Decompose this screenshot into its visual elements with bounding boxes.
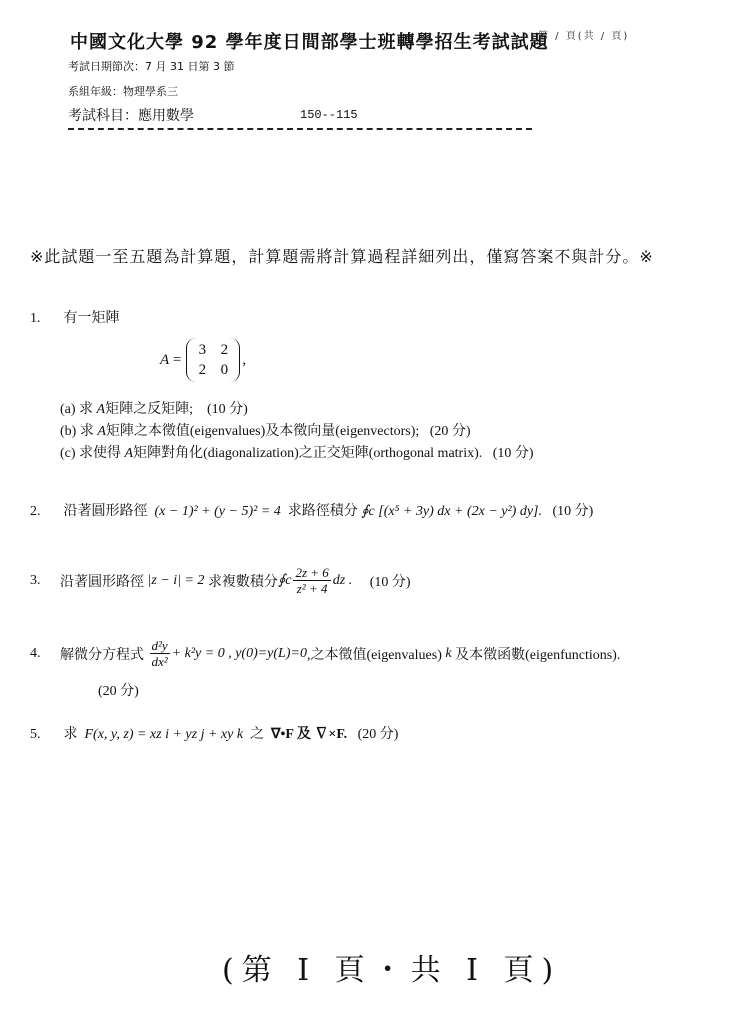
matrix-cell: 2 (191, 360, 213, 380)
question-5: 5. 求 F(x, y, z) = xz i + yz j + xy k 之 ∇… (30, 723, 398, 743)
question-text: 求 (64, 727, 78, 742)
part-text: 求 (80, 424, 94, 439)
subject: 考試科目：應用數學 (68, 105, 194, 125)
points: (10 分) (493, 446, 534, 461)
equation: + k²y = 0 , y(0)=y(L)=0 (172, 646, 307, 662)
differential: dz . (333, 573, 352, 589)
question-text: 沿著圓形路徑 (60, 571, 144, 591)
div-curl: ∇•F 及 ∇×F. (271, 727, 347, 742)
points: (20 分) (358, 727, 399, 742)
points: (10 分) (553, 504, 594, 519)
points: (10 分) (370, 571, 411, 591)
question-text: 之 (250, 727, 264, 742)
part-text: 求使得 (79, 446, 121, 461)
question-number: 3. (30, 573, 60, 589)
matrix-name: A (160, 352, 169, 369)
question-1-part-c: (c) 求使得 A矩陣對角化(diagonalization)之正交矩陣(ort… (60, 442, 534, 462)
matrix-cell: 3 (191, 340, 213, 360)
path-equation: (x − 1)² + (y − 5)² = 4 (155, 504, 281, 519)
matrix-cell: 0 (213, 360, 235, 380)
numerator: 2z + 6 (293, 565, 330, 581)
fraction: d²y dx² (150, 638, 170, 669)
part-text: 矩陣之反矩陣; (105, 402, 193, 417)
page-footer: (第 I 頁・共 I 頁) (222, 945, 561, 989)
question-3: 3. 沿著圓形路徑 |z − i| = 2 求複數積分 ∮c 2z + 6 z²… (30, 565, 411, 596)
part-text: 矩陣之本徵值(eigenvalues)及本徵向量(eigenvectors); (106, 424, 419, 439)
fraction: 2z + 6 z² + 4 (293, 565, 330, 596)
department: 系組年級：物理學系三 (68, 83, 178, 99)
exam-title: 中國文化大學 92 學年度日間部學士班轉學招生考試試題 (70, 28, 549, 54)
equals-sign: = (169, 352, 181, 369)
part-label: (b) (60, 424, 76, 439)
vector-field: F(x, y, z) = xz i + yz j + xy k (85, 727, 244, 742)
comma: , (242, 352, 246, 369)
matrix-body: 3 2 2 0 (186, 338, 240, 382)
part-text: 矩陣對角化(diagonalization)之正交矩陣(orthogonal m… (133, 446, 482, 461)
path-equation: |z − i| = 2 (148, 573, 205, 589)
question-text: 求路徑積分 (288, 504, 358, 519)
question-1-part-b: (b) 求 A矩陣之本徵值(eigenvalues)及本徵向量(eigenvec… (60, 420, 471, 440)
part-label: (c) (60, 446, 76, 461)
part-label: (a) (60, 402, 76, 417)
line-integral: ∮c [(x⁵ + 3y) dx + (2x − y²) dy]. (361, 504, 542, 519)
denominator: dx² (152, 654, 168, 669)
numerator: d²y (150, 638, 170, 654)
question-4-points: (20 分) (98, 680, 139, 700)
question-2: 2. 沿著圓形路徑 (x − 1)² + (y − 5)² = 4 求路徑積分 … (30, 500, 593, 520)
header-divider (68, 128, 532, 130)
question-number: 5. (30, 727, 60, 743)
question-text: 有一矩陣 (64, 311, 120, 326)
denominator: z² + 4 (297, 581, 328, 596)
points: (10 分) (207, 402, 248, 417)
exam-date: 考試日期節次：7 月 31 日第 3 節 (68, 58, 234, 74)
question-1: 1. 有一矩陣 (30, 307, 120, 327)
question-number: 1. (30, 311, 60, 327)
question-text: 沿著圓形路徑 (64, 504, 148, 519)
question-text: 求複數積分 (208, 571, 278, 591)
subject-code: 150--115 (300, 108, 358, 122)
question-text: 及本徵函數(eigenfunctions). (455, 644, 620, 664)
part-text: 求 (79, 402, 93, 417)
var-k: k (445, 646, 451, 662)
question-1-part-a: (a) 求 A矩陣之反矩陣; (10 分) (60, 398, 248, 418)
page-indicator: 第 / 頁(共 / 頁) (538, 27, 629, 42)
question-4: 4. 解微分方程式 d²y dx² + k²y = 0 , y(0)=y(L)=… (30, 638, 620, 669)
part-var: A (97, 424, 106, 439)
question-number: 2. (30, 504, 60, 520)
points: (20 分) (430, 424, 471, 439)
matrix-a: A = 3 2 2 0 , (160, 338, 246, 382)
matrix-cell: 2 (213, 340, 235, 360)
contour-integral-symbol: ∮c (278, 572, 292, 589)
notice: ※此試題一至五題為計算題，計算題需將計算過程詳細列出，僅寫答案不與計分。※ (30, 244, 654, 267)
question-number: 4. (30, 646, 60, 662)
question-text: ,之本徵值(eigenvalues) (307, 644, 442, 664)
part-var: A (97, 402, 106, 417)
part-var: A (125, 446, 134, 461)
question-text: 解微分方程式 (60, 644, 144, 664)
